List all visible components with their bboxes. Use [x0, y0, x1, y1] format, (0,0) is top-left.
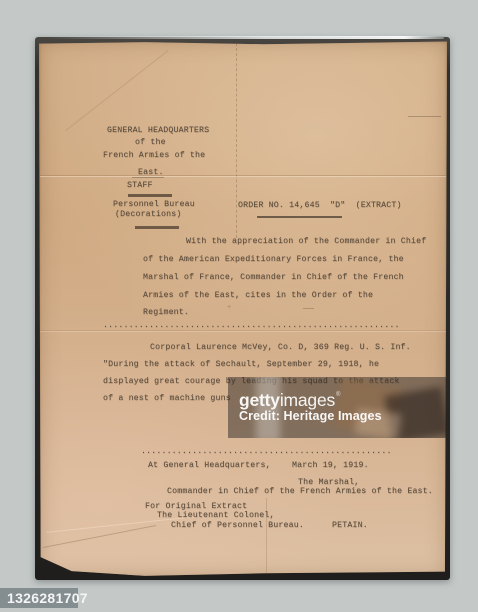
registered-mark-icon: ® — [336, 392, 340, 398]
footer-title-line: Commander in Chief of the French Armies … — [167, 487, 433, 497]
dotted-separator: ........................................… — [103, 321, 399, 331]
underline — [128, 194, 172, 197]
footer-date: March 19, 1919. — [292, 461, 369, 471]
paragraph-line: Armies of the East, cites in the Order o… — [143, 291, 373, 301]
paper-scratch — [408, 116, 441, 117]
footer-extract-line: The Lieutenant Colonel, — [157, 511, 275, 521]
footer-extract-line: Chief of Personnel Bureau. — [171, 521, 304, 531]
underline — [135, 226, 179, 229]
getty-logo-light: images — [280, 390, 335, 410]
header-line: French Armies of the — [103, 151, 205, 161]
paragraph-line: of a nest of machine guns — [103, 394, 231, 404]
underline — [257, 216, 342, 218]
order-number-line: ORDER NO. 14,645 "D" (EXTRACT) — [238, 201, 402, 211]
paragraph-line: of the American Expeditionary Forces in … — [143, 255, 404, 265]
footer-signature: PETAIN. — [332, 521, 368, 531]
getty-logo: gettyimages® — [239, 385, 340, 410]
paragraph-line: Marshal of France, Commander in Chief of… — [143, 273, 404, 283]
paragraph-line: Regiment. — [143, 308, 189, 318]
stock-photo-page: + GENERAL HEADQUARTERS of the French Arm… — [0, 0, 478, 612]
asset-id-text: 1326281707 — [0, 588, 78, 606]
bureau-line: Personnel Bureau — [113, 200, 195, 210]
frame-top-highlight — [48, 36, 444, 39]
paragraph-line: With the appreciation of the Commander i… — [186, 237, 426, 247]
getty-watermark: gettyimages® Credit: Heritage Images — [228, 377, 450, 438]
asset-id-badge: 1326281707 — [0, 588, 78, 608]
dotted-separator: ........................................… — [141, 447, 393, 457]
ink-bleed-mark — [303, 308, 314, 309]
paragraph-line: Corporal Laurence McVey, Co. D, 369 Reg.… — [150, 343, 411, 353]
header-line: of the — [135, 138, 166, 148]
paragraph-line: "During the attack of Sechault, Septembe… — [103, 360, 379, 370]
underline — [132, 177, 164, 178]
watermark-credit-line: Credit: Heritage Images — [239, 409, 382, 423]
getty-logo-bold: getty — [239, 390, 280, 410]
header-line: GENERAL HEADQUARTERS — [107, 126, 209, 136]
footer-place: At General Headquarters, — [148, 461, 271, 471]
ink-bleed-mark: + — [227, 304, 231, 312]
bureau-line: (Decorations) — [115, 210, 181, 220]
header-line: STAFF — [127, 181, 153, 191]
